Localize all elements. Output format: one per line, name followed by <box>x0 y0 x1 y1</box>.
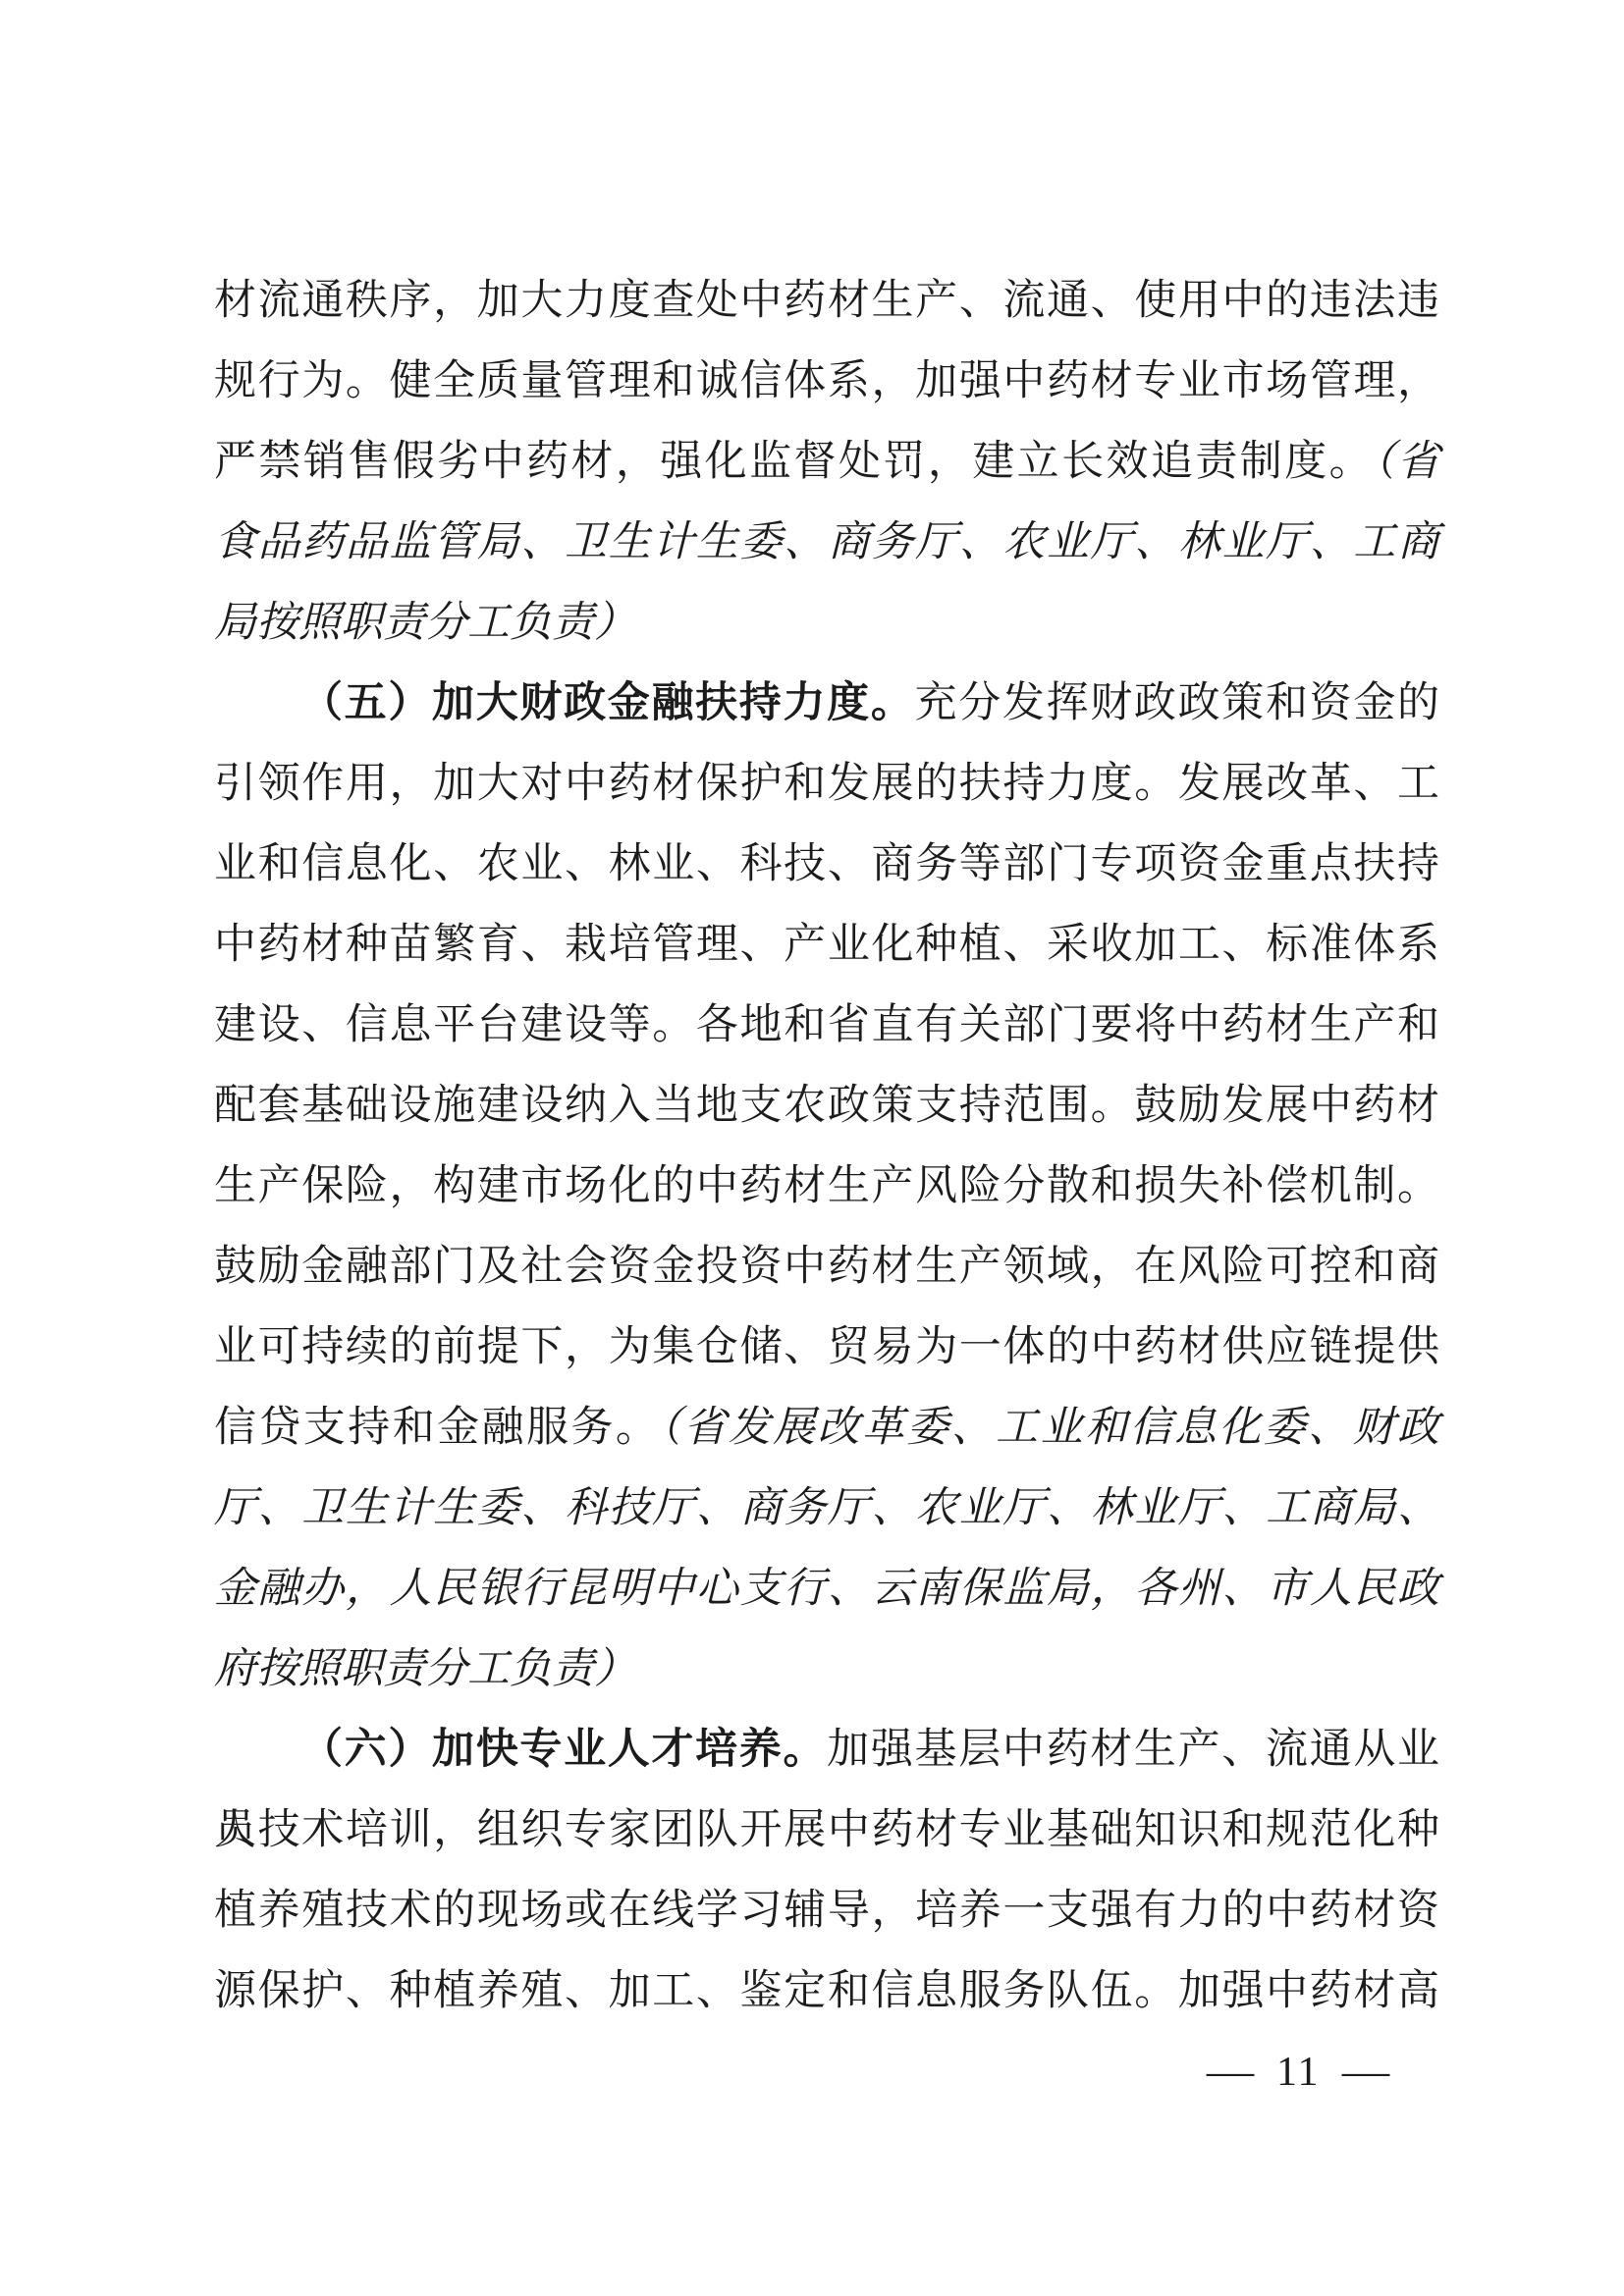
text-line: （六）加快专业人才培养。加强基层中药材生产、流通从业人 <box>214 1710 1439 1790</box>
text-line: 员技术培训，组织专家团队开展中药材专业基础知识和规范化种 <box>214 1790 1439 1871</box>
text-segment: 局按照职责分工负责） <box>214 600 636 646</box>
text-segment: （五）加大财政金融扶持力度。 <box>300 680 915 726</box>
text-line: （五）加大财政金融扶持力度。充分发挥财政政策和资金的 <box>214 664 1439 744</box>
text-segment: 业和信息化、农业、林业、科技、商务等部门专项资金重点扶持 <box>214 841 1439 887</box>
text-line: 信贷支持和金融服务。（省发展改革委、工业和信息化委、财政 <box>214 1388 1439 1468</box>
text-line: 引领作用，加大对中药材保护和发展的扶持力度。发展改革、工 <box>214 744 1439 825</box>
text-line: 鼓励金融部门及社会资金投资中药材生产领域，在风险可控和商 <box>214 1227 1439 1308</box>
text-segment: （六）加快专业人才培养。 <box>300 1727 827 1773</box>
page-footer: — 11 — <box>1210 2048 1386 2097</box>
footer-left-dash: — <box>1207 2049 1254 2096</box>
document-page: 材流通秩序，加大力度查处中药材生产、流通、使用中的违法违规行为。健全质量管理和诚… <box>0 0 1624 2296</box>
text-segment: 府按照职责分工负责） <box>214 1646 636 1692</box>
text-segment: 金融办，人民银行昆明中心支行、云南保监局，各州、市人民政 <box>214 1566 1439 1612</box>
text-segment: 配套基础设施建设纳入当地支农政策支持范围。鼓励发展中药材 <box>214 1083 1439 1129</box>
text-line: 局按照职责分工负责） <box>214 583 1439 664</box>
text-line: 建设、信息平台建设等。各地和省直有关部门要将中药材生产和 <box>214 986 1439 1066</box>
text-segment: 生产保险，构建市场化的中药材生产风险分散和损失补偿机制。 <box>214 1163 1439 1209</box>
text-line: 业和信息化、农业、林业、科技、商务等部门专项资金重点扶持 <box>214 825 1439 905</box>
text-line: 规行为。健全质量管理和诚信体系，加强中药材专业市场管理， <box>214 342 1439 422</box>
text-segment: 食品药品监管局、卫生计生委、商务厅、农业厅、林业厅、工商 <box>214 519 1439 565</box>
text-segment: 充分发挥财政政策和资金的 <box>915 680 1439 726</box>
text-segment: 植养殖技术的现场或在线学习辅导，培养一支强有力的中药材资 <box>214 1888 1439 1934</box>
text-segment: 信贷支持和金融服务。 <box>214 1405 660 1451</box>
text-segment: 厅、卫生计生委、科技厅、商务厅、农业厅、林业厅、工商局、 <box>214 1485 1439 1531</box>
text-segment: 源保护、种植养殖、加工、鉴定和信息服务队伍。加强中药材高 <box>214 1968 1439 2014</box>
text-segment: 引领作用，加大对中药材保护和发展的扶持力度。发展改革、工 <box>214 761 1439 807</box>
text-line: 业可持续的前提下，为集仓储、贸易为一体的中药材供应链提供 <box>214 1308 1439 1388</box>
text-line: 源保护、种植养殖、加工、鉴定和信息服务队伍。加强中药材高 <box>214 1951 1439 2032</box>
text-line: 食品药品监管局、卫生计生委、商务厅、农业厅、林业厅、工商 <box>214 503 1439 583</box>
text-line: 严禁销售假劣中药材，强化监督处罚，建立长效追责制度。（省 <box>214 422 1439 503</box>
document-body: 材流通秩序，加大力度查处中药材生产、流通、使用中的违法违规行为。健全质量管理和诚… <box>214 261 1439 2032</box>
text-segment: 材流通秩序，加大力度查处中药材生产、流通、使用中的违法违 <box>214 278 1439 324</box>
footer-right-dash: — <box>1342 2049 1389 2096</box>
text-segment: 中药材种苗繁育、栽培管理、产业化种植、采收加工、标准体系 <box>214 922 1439 968</box>
text-segment: （省发展改革委、工业和信息化委、财政 <box>660 1405 1439 1451</box>
text-line: 金融办，人民银行昆明中心支行、云南保监局，各州、市人民政 <box>214 1549 1439 1629</box>
text-segment: 鼓励金融部门及社会资金投资中药材生产领域，在风险可控和商 <box>214 1244 1439 1290</box>
text-segment: 建设、信息平台建设等。各地和省直有关部门要将中药材生产和 <box>214 1002 1439 1048</box>
text-line: 厅、卫生计生委、科技厅、商务厅、农业厅、林业厅、工商局、 <box>214 1468 1439 1549</box>
text-segment: （省 <box>1374 439 1439 485</box>
text-line: 配套基础设施建设纳入当地支农政策支持范围。鼓励发展中药材 <box>214 1066 1439 1147</box>
text-segment: 业可持续的前提下，为集仓储、贸易为一体的中药材供应链提供 <box>214 1324 1439 1370</box>
text-segment: 严禁销售假劣中药材，强化监督处罚，建立长效追责制度。 <box>214 439 1374 485</box>
page-number: 11 <box>1276 2049 1320 2096</box>
text-line: 材流通秩序，加大力度查处中药材生产、流通、使用中的违法违 <box>214 261 1439 342</box>
text-line: 中药材种苗繁育、栽培管理、产业化种植、采收加工、标准体系 <box>214 905 1439 986</box>
text-segment: 规行为。健全质量管理和诚信体系，加强中药材专业市场管理， <box>214 358 1439 404</box>
text-line: 植养殖技术的现场或在线学习辅导，培养一支强有力的中药材资 <box>214 1871 1439 1951</box>
text-segment: 员技术培训，组织专家团队开展中药材专业基础知识和规范化种 <box>214 1807 1439 1853</box>
text-line: 府按照职责分工负责） <box>214 1629 1439 1710</box>
text-line: 生产保险，构建市场化的中药材生产风险分散和损失补偿机制。 <box>214 1147 1439 1227</box>
